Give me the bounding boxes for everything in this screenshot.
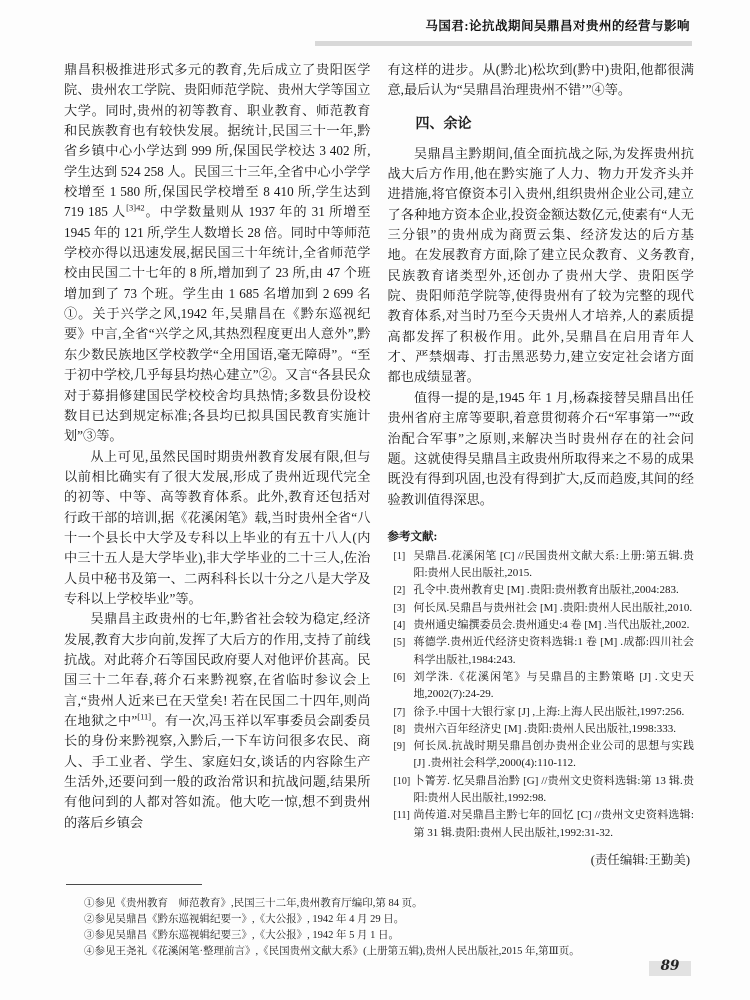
reference-text: 贵州通史编撰委员会.贵州通史:4 卷 [M] .当代出版社,2002. [414,619,690,631]
page-number: 89 [649,958,691,974]
reference-item: [4]贵州通史编撰委员会.贵州通史:4 卷 [M] .当代出版社,2002. [388,617,695,634]
reference-item: [5]蒋德学.贵州近代经济史资料选辑:1 卷 [M] .成都:四川社会科学出版社… [388,634,695,669]
footnotes-block: ①参见《贵州教育 师范教育》,民国三十二年,贵州教育厅编印,第 84 页。 ②参… [84,896,694,960]
reference-item: [11]尚传道.对吴鼎昌主黔七年的回忆 [C] //贵州文史资料选辑:第 31 … [388,807,695,842]
reference-item: [3]何长凤.吴鼎昌与贵州社会 [M] .贵阳:贵州人民出版社,2010. [388,600,695,617]
paragraph: 吴鼎昌主政贵州的七年,黔省社会较为稳定,经济发展,教育大步向前,发挥了大后方的作… [64,609,371,833]
footnote-item: ②参见吴鼎昌《黔东巡视辑纪要一》,《大公报》, 1942 年 4 月 29 日。 [84,912,694,928]
reference-text: 贵州六百年经济史 [M] .贵阳:贵州人民出版社,1998:333. [414,723,676,735]
reference-label: [1] [394,548,406,565]
header-rule [315,41,692,46]
left-column: 鼎昌积极推进形式多元的教育,先后成立了贵阳医学院、贵州农工学院、贵阳师范学院、贵… [64,60,371,868]
reference-label: [10] [394,773,411,790]
reference-label: [8] [394,721,406,738]
paragraph: 从上可见,虽然民国时期贵州教育发展有限,但与以前相比确实有了很大发展,形成了贵州… [64,447,371,610]
reference-item: [7]徐予.中国十大银行家 [J] ,上海:上海人民出版社,1997:256. [388,704,695,721]
editor-note: (责任编辑:王勤美) [388,850,695,868]
footnote-separator [66,884,202,885]
reference-label: [11] [394,807,410,824]
reference-label: [2] [394,582,406,599]
references-heading: 参考文献: [388,528,695,544]
reference-text: 孔令中.贵州教育史 [M] .贵阳:贵州教育出版社,2004:283. [414,584,679,596]
citation-superscript: [3]42 [126,203,144,213]
reference-label: [3] [394,600,406,617]
reference-text: 蒋德学.贵州近代经济史资料选辑:1 卷 [M] .成都:四川社会科学出版社,19… [414,636,695,665]
reference-label: [9] [394,738,406,755]
footnote-item: ④参见王尧礼《花溪闲笔·整理前言》,《民国贵州文献大系》(上册第五辑),贵州人民… [84,944,694,960]
paragraph: 值得一提的是,1945 年 1 月,杨森接替吴鼎昌出任贵州省府主席等要职,着意贯… [388,388,695,510]
reference-label: [6] [394,669,406,686]
paragraph-text: 。有一次,冯玉祥以军事委员会副委员长的身份来黔视察,入黔后,一下车访问很多农民、… [64,713,371,830]
references-list: [1]吴鼎昌.花溪闲笔 [C] //民国贵州文献大系:上册:第五辑.贵阳:贵州人… [388,548,695,842]
paragraph: 吴鼎昌主黔期间,值全面抗战之际,为发挥贵州抗战大后方作用,他在黔实施了人力、物力… [388,144,695,388]
two-column-body: 鼎昌积极推进形式多元的教育,先后成立了贵阳医学院、贵州农工学院、贵阳师范学院、贵… [64,60,694,868]
paragraph: 有这样的进步。从(黔北)松坎到(黔中)贵阳,他都很满意,最后认为“吴鼎昌治理贵州… [388,60,695,101]
citation-superscript: [11] [137,712,151,722]
reference-text: 徐予.中国十大银行家 [J] ,上海:上海人民出版社,1997:256. [414,706,685,718]
paragraph-text: 鼎昌积极推进形式多元的教育,先后成立了贵阳医学院、贵州农工学院、贵阳师范学院、贵… [64,62,371,219]
reference-text: 尚传道.对吴鼎昌主黔七年的回忆 [C] //贵州文史资料选辑:第 31 辑.贵阳… [414,809,695,838]
paragraph-text: 。中学数量则从 1937 年的 31 所增至 1945 年的 121 所,学生人… [64,204,371,443]
reference-label: [5] [394,634,406,651]
reference-item: [8]贵州六百年经济史 [M] .贵阳:贵州人民出版社,1998:333. [388,721,695,738]
reference-text: 何长凤.吴鼎昌与贵州社会 [M] .贵阳:贵州人民出版社,2010. [414,602,693,614]
running-head: 马国君:论抗战期间吴鼎昌对贵州的经营与影响 [425,16,690,34]
paragraph: 鼎昌积极推进形式多元的教育,先后成立了贵阳医学院、贵州农工学院、贵阳师范学院、贵… [64,60,371,447]
footnote-item: ③参见吴鼎昌《黔东巡视辑纪要三》,《大公报》, 1942 年 5 月 1 日。 [84,928,694,944]
reference-item: [6]刘学洙.《花溪闲笔》与吴鼎昌的主黔策略 [J] .文史天地,2002(7)… [388,669,695,704]
reference-item: [1]吴鼎昌.花溪闲笔 [C] //民国贵州文献大系:上册:第五辑.贵阳:贵州人… [388,548,695,583]
reference-text: 吴鼎昌.花溪闲笔 [C] //民国贵州文献大系:上册:第五辑.贵阳:贵州人民出版… [414,550,695,579]
reference-label: [4] [394,617,406,634]
right-column: 有这样的进步。从(黔北)松坎到(黔中)贵阳,他都很满意,最后认为“吴鼎昌治理贵州… [388,60,695,868]
reference-item: [9]何长凤.抗战时期吴鼎昌创办贵州企业公司的思想与实践 [J] .贵州社会科学… [388,738,695,773]
reference-text: 卜箐芳. 忆吴鼎昌治黔 [G] //贵州文史资料选辑:第 13 辑.贵阳:贵州人… [414,775,695,804]
reference-text: 刘学洙.《花溪闲笔》与吴鼎昌的主黔策略 [J] .文史天地,2002(7):24… [414,671,695,700]
reference-text: 何长凤.抗战时期吴鼎昌创办贵州企业公司的思想与实践 [J] .贵州社会科学,20… [414,740,695,769]
reference-item: [10]卜箐芳. 忆吴鼎昌治黔 [G] //贵州文史资料选辑:第 13 辑.贵阳… [388,773,695,808]
reference-label: [7] [394,704,406,721]
paragraph-text: 吴鼎昌主政贵州的七年,黔省社会较为稳定,经济发展,教育大步向前,发挥了大后方的作… [64,611,371,728]
section-heading: 四、余论 [388,113,695,133]
paper-page: 马国君:论抗战期间吴鼎昌对贵州的经营与影响 鼎昌积极推进形式多元的教育,先后成立… [0,0,750,1000]
reference-item: [2]孔令中.贵州教育史 [M] .贵阳:贵州教育出版社,2004:283. [388,582,695,599]
footnote-item: ①参见《贵州教育 师范教育》,民国三十二年,贵州教育厅编印,第 84 页。 [84,896,694,912]
